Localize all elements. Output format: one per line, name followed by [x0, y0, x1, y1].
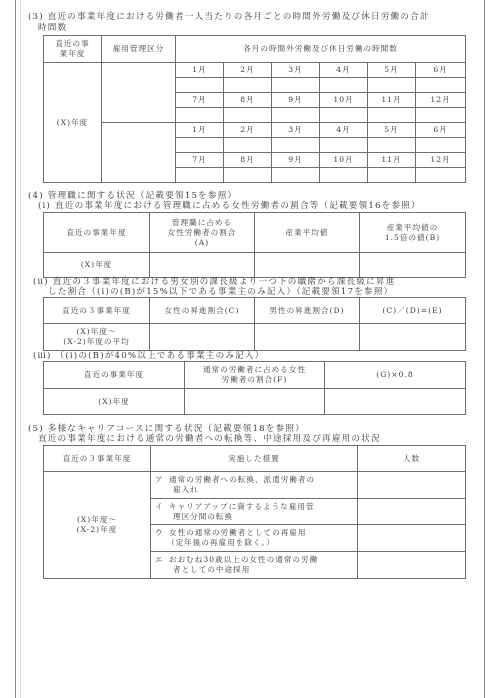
month-label: 6月	[416, 63, 466, 78]
hours-input[interactable]	[368, 108, 416, 123]
month-label: 12月	[416, 93, 466, 108]
month-label: 10月	[320, 93, 368, 108]
header-employment-category: 雇用管理区分	[102, 36, 176, 63]
hours-input[interactable]	[176, 108, 224, 123]
hours-input[interactable]	[416, 168, 466, 183]
industry-average-input[interactable]	[255, 253, 360, 278]
headcount-input-a[interactable]	[358, 472, 466, 499]
hours-input[interactable]	[416, 78, 466, 93]
header-female-promotion: 女性の昇進割合(C)	[150, 298, 255, 324]
header-fiscal-year: 直近の事業年度	[44, 36, 102, 63]
hours-input[interactable]	[368, 78, 416, 93]
month-label: 8月	[224, 93, 272, 108]
month-label: 5月	[368, 63, 416, 78]
hours-input[interactable]	[176, 168, 224, 183]
section4-sub2-title: (ⅱ) 直近の３事業年度における男女別の課長級より一つ下の職階から課長級に昇進	[33, 277, 396, 287]
header-industry-average: 産業平均値	[255, 213, 360, 253]
hours-input[interactable]	[272, 108, 320, 123]
fiscal-years-cell: (X)年度～(X-2)年度	[44, 472, 151, 579]
hours-input[interactable]	[320, 108, 368, 123]
month-label: 11月	[368, 93, 416, 108]
hours-input[interactable]	[320, 138, 368, 153]
promotion-ratio-table: 直近の３事業年度 女性の昇進割合(C) 男性の昇進割合(D) (C)／(D)=(…	[43, 297, 466, 351]
section4-sub2-title-cont: した割合（(ⅰ)の(B)が15%以下である事業主のみ記入）（記載要領17を参照）	[48, 287, 393, 297]
header-three-fiscal-years: 直近の３事業年度	[44, 446, 151, 472]
month-label: 1月	[176, 63, 224, 78]
month-label: 8月	[224, 153, 272, 168]
ratio-f-input[interactable]	[185, 389, 325, 415]
month-label: 2月	[224, 63, 272, 78]
overtime-hours-table: 直近の事業年度 雇用管理区分 各月の時間外労働及び休日労働の時間数 (X)年度 …	[43, 35, 466, 183]
g-times-0-8-input[interactable]	[325, 389, 466, 415]
fiscal-year-cell: (X)年度	[44, 63, 102, 183]
hours-input[interactable]	[224, 168, 272, 183]
month-label: 5月	[368, 123, 416, 138]
header-female-worker-ratio: 通常の労働者に占める女性労働者の割合(F)	[185, 362, 325, 389]
measure-a: ア通常の労働者への転換、派遣労働者の雇入れ	[151, 472, 358, 499]
month-label: 3月	[272, 123, 320, 138]
female-manager-ratio-table: 直近の事業年度 管理職に占める女性労働者の割合(A) 産業平均値 産業平均値の1…	[43, 212, 466, 278]
month-label: 12月	[416, 153, 466, 168]
header-headcount: 人数	[358, 446, 466, 472]
fiscal-year-cell: (X)年度	[44, 253, 150, 278]
month-label: 11月	[368, 153, 416, 168]
hours-input[interactable]	[368, 138, 416, 153]
month-label: 6月	[416, 123, 466, 138]
header-ratio-e: (C)／(D)=(E)	[360, 298, 466, 324]
month-label: 4月	[320, 123, 368, 138]
section3-title: (3) 直近の事業年度における労働者一人当たりの各月ごとの時間外労働及び休日労働…	[28, 12, 430, 22]
hours-input[interactable]	[272, 138, 320, 153]
ratio-d-input[interactable]	[255, 324, 360, 351]
header-female-manager-ratio: 管理職に占める女性労働者の割合(A)	[150, 213, 255, 253]
hours-input[interactable]	[176, 138, 224, 153]
headcount-input-e[interactable]	[358, 552, 466, 579]
ratio-b-input[interactable]	[360, 253, 466, 278]
month-label: 3月	[272, 63, 320, 78]
header-industry-average-x1-5: 産業平均値の1.5倍の値(B)	[360, 213, 466, 253]
measure-u: ウ女性の通常の労働者としての再雇用（定年後の再雇用を除く。）	[151, 525, 358, 552]
page-border-right	[484, 0, 485, 698]
female-worker-ratio-table: 直近の事業年度 通常の労働者に占める女性労働者の割合(F) (G)×0.8 (X…	[43, 361, 466, 415]
section5-subtitle: 直近の事業年度における通常の労働者への転換等、中途採用及び再雇用の状況	[38, 434, 381, 444]
category-input-2[interactable]	[102, 123, 176, 183]
ratio-a-input[interactable]	[150, 253, 255, 278]
fiscal-year-cell: (X)年度	[44, 389, 185, 415]
hours-input[interactable]	[176, 78, 224, 93]
header-measures: 実施した措置	[151, 446, 358, 472]
hours-input[interactable]	[272, 78, 320, 93]
month-label: 9月	[272, 153, 320, 168]
hours-input[interactable]	[272, 168, 320, 183]
ratio-c-input[interactable]	[150, 324, 255, 351]
hours-input[interactable]	[416, 108, 466, 123]
measure-i: イキャリアアップに資するような雇用管理区分間の転換	[151, 499, 358, 525]
ratio-e-input[interactable]	[360, 324, 466, 351]
month-label: 7月	[176, 153, 224, 168]
header-fiscal-year: 直近の事業年度	[44, 213, 150, 253]
header-male-promotion: 男性の昇進割合(D)	[255, 298, 360, 324]
month-label: 10月	[320, 153, 368, 168]
hours-input[interactable]	[224, 108, 272, 123]
category-input-1[interactable]	[102, 63, 176, 123]
hours-input[interactable]	[416, 138, 466, 153]
month-label: 2月	[224, 123, 272, 138]
career-course-table: 直近の３事業年度 実施した措置 人数 (X)年度～(X-2)年度 ア通常の労働者…	[43, 445, 466, 579]
month-label: 9月	[272, 93, 320, 108]
section4-title: (4) 管理職に関する状況（記載要領15を参照）	[28, 191, 237, 201]
header-fiscal-year: 直近の事業年度	[44, 362, 185, 389]
header-monthly-hours: 各月の時間外労働及び休日労働の時間数	[176, 36, 466, 63]
hours-input[interactable]	[224, 78, 272, 93]
header-g-times-0-8: (G)×0.8	[325, 362, 466, 389]
headcount-input-i[interactable]	[358, 499, 466, 525]
hours-input[interactable]	[368, 168, 416, 183]
section5-title: (5) 多様なキャリアコースに関する状況（記載要領18を参照）	[28, 424, 305, 434]
measure-e: エおおむね30歳以上の女性の通常の労働者としての中途採用	[151, 552, 358, 579]
page-border-left	[15, 0, 16, 698]
month-label: 4月	[320, 63, 368, 78]
month-label: 1月	[176, 123, 224, 138]
month-label: 7月	[176, 93, 224, 108]
section4-sub1-title: (ⅰ) 直近の事業年度における管理職に占める女性労働者の割合等（記載要領16を参…	[38, 201, 421, 211]
section4-sub3-title: (ⅲ) （(ⅰ)の(B)が40%以上である事業主のみ記入）	[33, 351, 265, 361]
header-three-fiscal-years: 直近の３事業年度	[44, 298, 150, 324]
section3-title-cont: 時間数	[38, 23, 67, 33]
hours-input[interactable]	[320, 78, 368, 93]
fiscal-years-cell: (X)年度～(X-2)年度の平均	[44, 324, 150, 351]
hours-input[interactable]	[320, 168, 368, 183]
headcount-input-u[interactable]	[358, 525, 466, 552]
hours-input[interactable]	[224, 138, 272, 153]
page-border-inner	[20, 0, 21, 698]
